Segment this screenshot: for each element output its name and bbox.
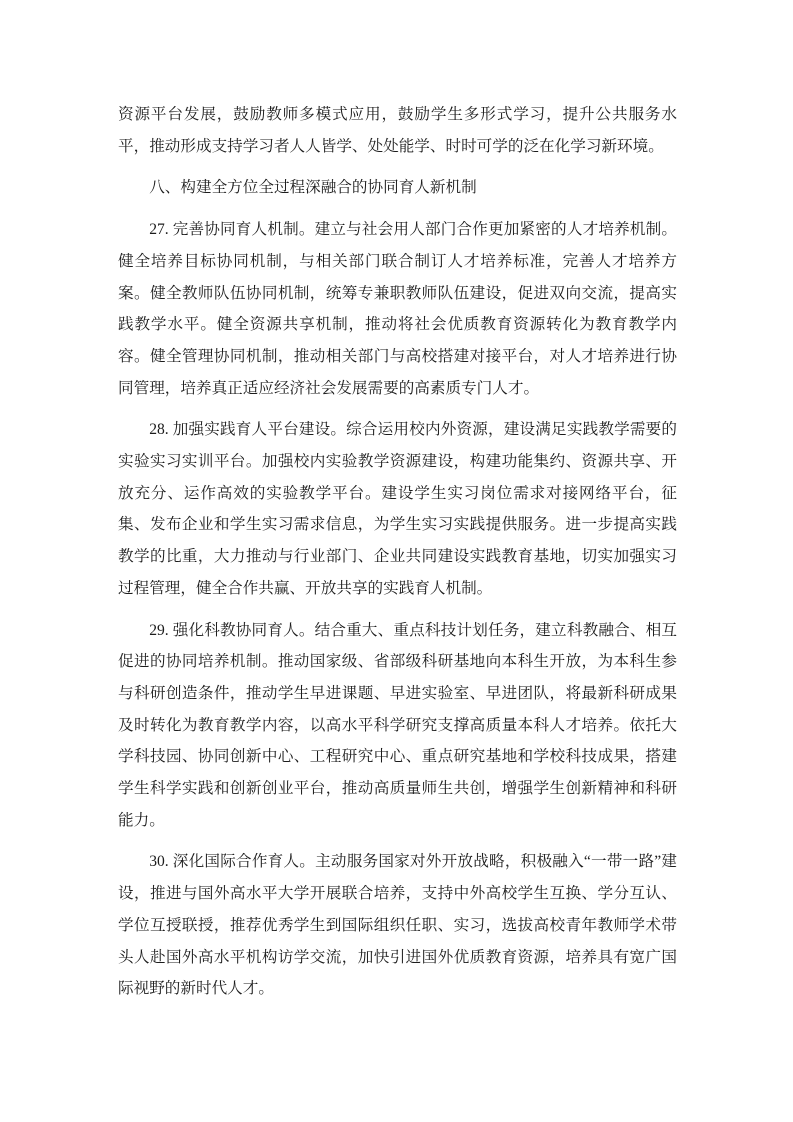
paragraph-item-27: 27. 完善协同育人机制。建立与社会用人部门合作更加紧密的人才培养机制。健全培养… [118, 214, 677, 404]
paragraph-continued: 资源平台发展，鼓励教师多模式应用，鼓励学生多形式学习，提升公共服务水平，推动形成… [118, 99, 677, 162]
section-heading: 八、构建全方位全过程深融合的协同育人新机制 [118, 172, 677, 204]
document-page: 资源平台发展，鼓励教师多模式应用，鼓励学生多形式学习，提升公共服务水平，推动形成… [0, 0, 793, 1122]
paragraph-item-28: 28. 加强实践育人平台建设。综合运用校内外资源，建设满足实践教学需要的实验实习… [118, 414, 677, 604]
paragraph-item-29: 29. 强化科教协同育人。结合重大、重点科技计划任务，建立科教融合、相互促进的协… [118, 615, 677, 837]
paragraph-item-30: 30. 深化国际合作育人。主动服务国家对外开放战略，积极融入“一带一路”建设，推… [118, 846, 677, 1005]
